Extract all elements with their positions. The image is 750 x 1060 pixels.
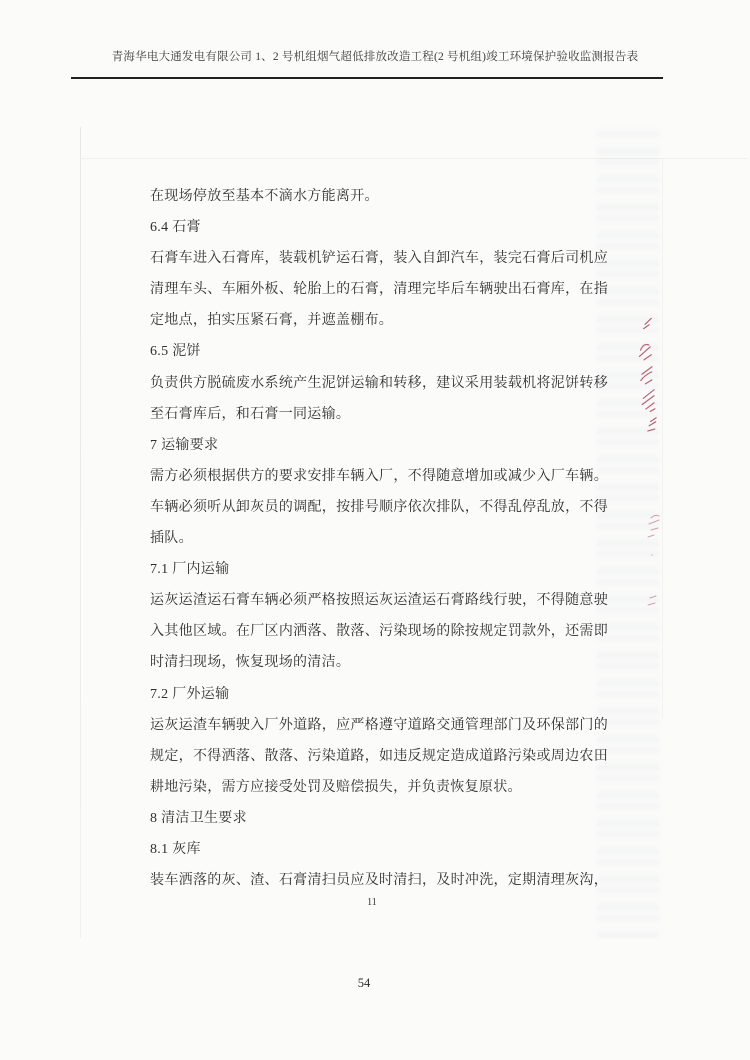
document-line: 6.5 泥饼 xyxy=(150,336,608,367)
document-line: 运灰运渣车辆驶入厂外道路，应严格遵守道路交通管理部门及环保部门的 xyxy=(150,710,608,741)
inner-page-left-edge xyxy=(80,127,81,938)
document-line: 8.1 灰库 xyxy=(150,834,608,865)
scanned-document-canvas: { "header": { "title": "青海华电大通发电有限公司 1、2… xyxy=(0,0,750,1060)
document-line: 耕地污染，需方应接受处罚及赔偿损失，并负责恢复原状。 xyxy=(150,772,608,803)
document-line: 负责供方脱硫废水系统产生泥饼运输和转移，建议采用装载机将泥饼转移 xyxy=(150,368,608,399)
document-line: 入其他区域。在厂区内洒落、散落、污染现场的除按规定罚款外，还需即 xyxy=(150,616,608,647)
inner-page-right-edge xyxy=(662,158,663,718)
document-line: 7 运输要求 xyxy=(150,430,608,461)
inner-page-number: 11 xyxy=(0,897,744,908)
document-line: 7.2 厂外运输 xyxy=(150,679,608,710)
header-divider-rule xyxy=(71,77,663,79)
document-line: 8 清洁卫生要求 xyxy=(150,803,608,834)
document-line: 6.4 石膏 xyxy=(150,212,608,243)
document-body: 在现场停放至基本不滴水方能离开。6.4 石膏石膏车进入石膏库，装载机铲运石膏，装… xyxy=(150,181,608,896)
document-line: 运灰运渣运石膏车辆必须严格按照运灰运渣运石膏路线行驶，不得随意驶 xyxy=(150,585,608,616)
running-header-title: 青海华电大通发电有限公司 1、2 号机组烟气超低排放改造工程(2 号机组)竣工环… xyxy=(5,48,745,64)
red-ink-annotation-upper xyxy=(636,315,666,433)
document-line: 装车洒落的灰、渣、石膏清扫员应及时清扫，及时冲洗，定期清理灰沟， xyxy=(150,865,608,896)
red-ink-annotation-lower xyxy=(645,510,667,615)
document-line: 时清扫现场，恢复现场的清洁。 xyxy=(150,647,608,678)
document-line: 规定，不得洒落、散落、污染道路，如违反规定造成道路污染或周边农田 xyxy=(150,741,608,772)
document-line: 石膏车进入石膏库，装载机铲运石膏，装入自卸汽车，装完石膏后司机应 xyxy=(150,243,608,274)
document-line: 定地点，拍实压紧石膏，并遮盖棚布。 xyxy=(150,305,608,336)
document-line: 需方必须根据供方的要求安排车辆入厂，不得随意增加或减少入厂车辆。 xyxy=(150,461,608,492)
document-line: 至石膏库后，和石膏一同运输。 xyxy=(150,399,608,430)
document-line: 7.1 厂内运输 xyxy=(150,554,608,585)
document-line: 车辆必须听从卸灰员的调配，按排号顺序依次排队，不得乱停乱放，不得 xyxy=(150,492,608,523)
document-line: 清理车头、车厢外板、轮胎上的石膏，清理完毕后车辆驶出石膏库，在指 xyxy=(150,274,608,305)
outer-page-number: 54 xyxy=(0,976,728,991)
document-line: 插队。 xyxy=(150,523,608,554)
document-line: 在现场停放至基本不滴水方能离开。 xyxy=(150,181,608,212)
